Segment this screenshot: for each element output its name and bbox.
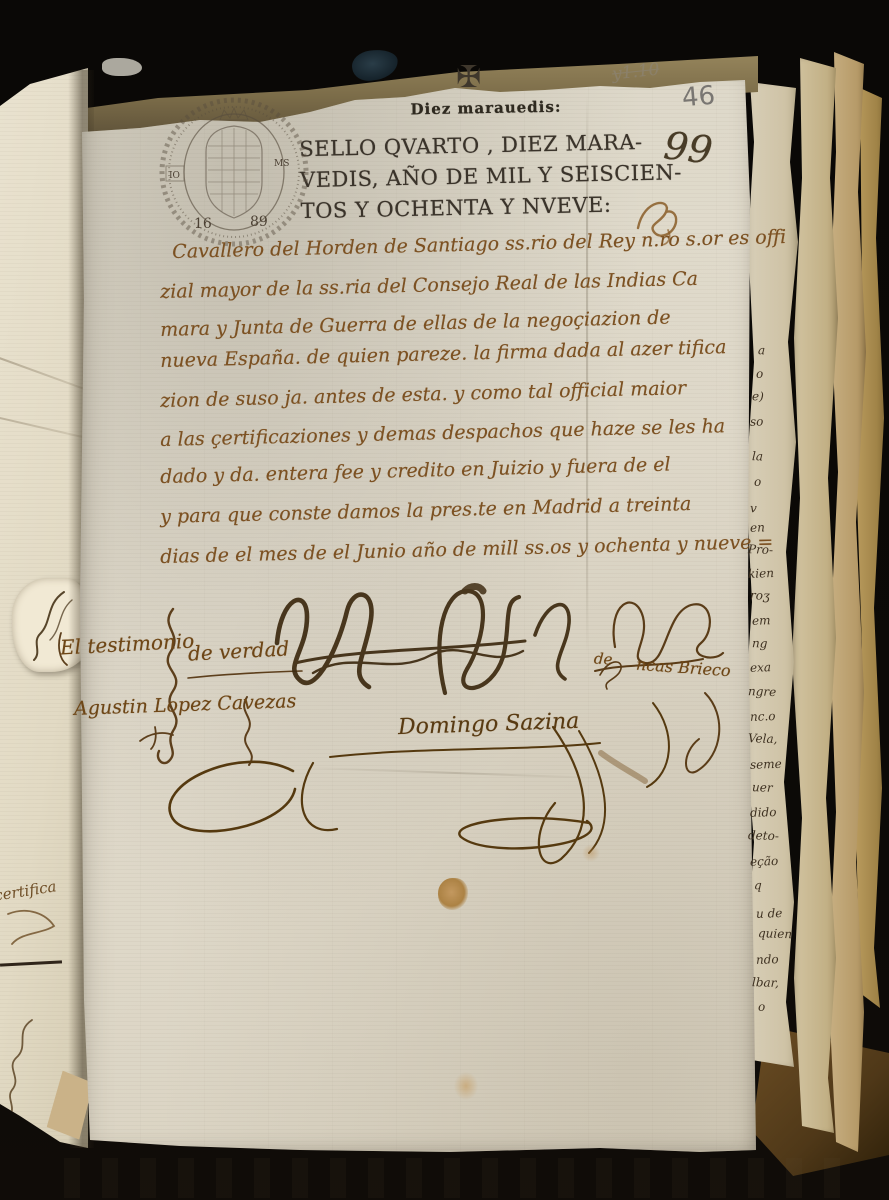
manuscript-photo: certifica ✠ y1.10 46 99 Diez marauedis: … — [0, 0, 889, 1200]
paper-scrap — [102, 58, 142, 76]
page-bottom-shadow — [64, 1158, 854, 1198]
rotated-marks — [2, 1012, 48, 1132]
right-rubric — [614, 603, 723, 664]
left-page-text-fragment: certifica — [0, 877, 58, 905]
central-rubric — [277, 587, 569, 694]
ink-smudge — [601, 753, 645, 781]
edge-text-fragment: lbar, — [752, 975, 802, 991]
seal-monogram-right: MS — [274, 159, 289, 169]
edge-text-fragment: so — [750, 413, 800, 429]
folio-number-pencil: 46 — [681, 81, 717, 114]
edge-text-fragment: o — [754, 473, 804, 489]
edge-text-fragment: u de — [756, 905, 806, 921]
maltese-cross-icon: ✠ — [456, 60, 481, 95]
frayed-page-edge-outer — [856, 88, 886, 1008]
edge-text-fragment: ndo — [756, 951, 806, 967]
seal-year-left: 16 — [194, 216, 212, 232]
ink-blot — [350, 47, 400, 83]
seal-year-right: 89 — [250, 214, 268, 230]
edge-text-fragment: a — [758, 343, 808, 359]
edge-text-fragment: la — [752, 449, 802, 465]
left-page-flourish — [2, 904, 62, 964]
rubric-prefix: de — [593, 649, 613, 668]
edge-text-fragment: v — [750, 501, 800, 517]
tax-stamp-line: Diez marauedis: — [388, 97, 584, 118]
edge-text-fragment: q — [754, 878, 804, 894]
official-seal-stamp: 16 89 IO MS — [156, 90, 312, 252]
edge-text-fragment: quien — [758, 926, 808, 942]
edge-text-fragment: e) — [752, 389, 802, 405]
seal-monogram-left: IO — [169, 171, 180, 181]
edge-text-fragment: o — [758, 998, 808, 1014]
edge-text-fragment: o — [756, 365, 806, 381]
